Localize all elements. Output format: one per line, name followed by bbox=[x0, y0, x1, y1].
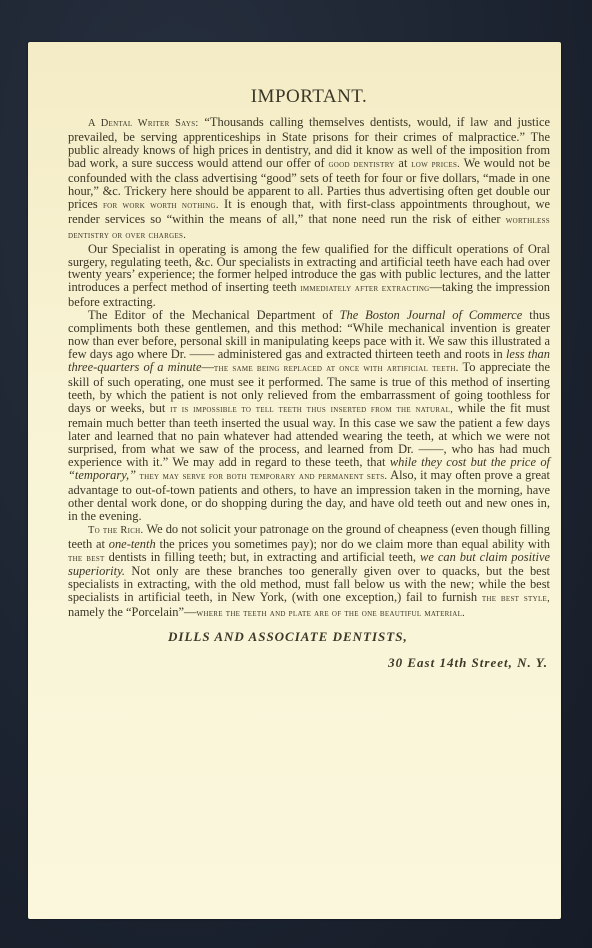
smallcaps-text: the best bbox=[68, 553, 105, 564]
smallcaps-text: good dentistry bbox=[328, 159, 394, 170]
body-text: Not only are these branches too generall… bbox=[68, 564, 550, 604]
signature-address: 30 East 14th Street, N. Y. bbox=[68, 655, 550, 671]
paragraphs-container: A Dental Writer Says: “Thousands calling… bbox=[68, 116, 550, 621]
smallcaps-text: it is impossible to tell teeth thus in­s… bbox=[170, 404, 453, 415]
smallcaps-text: the best style, bbox=[482, 593, 550, 604]
document-body: IMPORTANT. A Dental Writer Says: “Thousa… bbox=[68, 86, 550, 671]
smallcaps-text: the same being replaced at once with art… bbox=[214, 363, 459, 374]
italic-text: one-tenth bbox=[109, 537, 156, 551]
smallcaps-text: they may serve for both temporary and pe… bbox=[140, 471, 388, 482]
smallcaps-text: where the teeth and plate are of the one… bbox=[196, 608, 465, 619]
body-text: dentists in filling teeth; but, in extra… bbox=[105, 550, 420, 564]
paragraph-dental-writer: A Dental Writer Says: “Thousands calling… bbox=[68, 116, 550, 243]
smallcaps-text: for work worth nothing. bbox=[103, 200, 219, 211]
body-text: The Editor of the Mechanical Department … bbox=[88, 308, 340, 322]
body-text: — bbox=[201, 360, 213, 374]
paragraph-to-the-rich: To the Rich. We do not solicit your patr… bbox=[68, 523, 550, 622]
signature-name: DILLS AND ASSOCIATE DENTISTS, bbox=[68, 629, 550, 645]
advertisement-card: IMPORTANT. A Dental Writer Says: “Thousa… bbox=[28, 42, 561, 919]
document-title: IMPORTANT. bbox=[68, 86, 550, 108]
smallcaps-text: A Dental Writer Says: bbox=[88, 118, 199, 129]
paragraph-boston-journal: The Editor of the Mechanical Department … bbox=[68, 309, 550, 522]
italic-text: The Boston Journal of Commerce bbox=[340, 308, 523, 322]
smallcaps-text: immediately after extracting bbox=[300, 283, 429, 294]
paragraph-specialist: Our Specialist in operating is among the… bbox=[68, 243, 550, 310]
body-text: the prices you sometimes pay); nor do we… bbox=[156, 537, 550, 551]
smallcaps-text: low prices. bbox=[411, 159, 460, 170]
smallcaps-text: To the Rich. bbox=[88, 525, 143, 536]
body-text: namely the “Porcelain”— bbox=[68, 605, 196, 619]
body-text: at bbox=[395, 156, 412, 170]
